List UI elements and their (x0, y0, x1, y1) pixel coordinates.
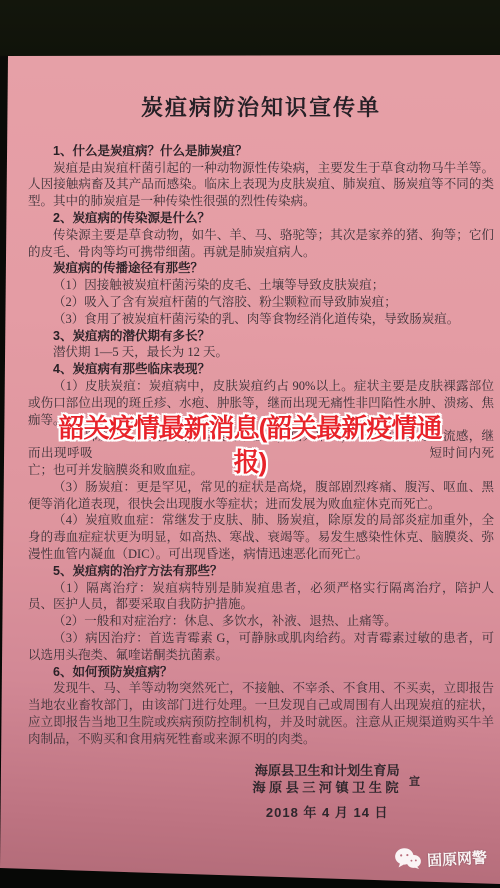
paragraph: （3）食用了被炭疽杆菌污染的乳、肉等食物经消化道传染，导致肠炭疽。 (28, 311, 494, 328)
signature-block: 海原县卫生和计划生育局 海原县三河镇卫生院 宣 2018 年 4 月 14 日 (252, 763, 402, 822)
paragraph-fragment: 短时间内死亡；也可并发脑膜炎和败血症。 (28, 446, 494, 477)
paragraph: （2）吸入了含有炭疽杆菌的气溶胶、粉尘颗粒而导致肺炭疽； (28, 294, 494, 311)
paragraph: 潜伏期 1—5 天，最长为 12 天。 (28, 344, 494, 361)
paragraph: 传染源主要是草食动物，如牛、羊、马、骆驼等；其次是家养的猪、狗等；它们的皮毛、骨… (28, 227, 494, 261)
flyer-content: 炭疽病防治知识宣传单 1、什么是炭疽病？什么是肺炭疽？ 炭疽是由炭疽杆菌引起的一… (28, 100, 494, 822)
paragraph: （2）一般和对症治疗：休息、多饮水，补液、退热、止痛等。 (28, 613, 494, 630)
paragraph-fragment: （2）肺炭疽：比较少见，但其传染性强，病死率高，早期的症状像是流感，继而出现呼吸 (28, 429, 494, 460)
section-1-heading: 1、什么是炭疽病？什么是肺炭疽？ (28, 143, 494, 160)
paragraph: 发现牛、马、羊等动物突然死亡，不接触、不宰杀、不食用、不买卖，立即报告当地农业畜… (28, 680, 494, 747)
paragraph: （4）炭疽败血症：常继发于皮肤、肺、肠炭疽，除原发的局部炎症加重外，全身的毒血症… (28, 512, 494, 562)
section-2-heading: 2、炭疽病的传染源是什么？ (28, 210, 494, 227)
paragraph: 炭疽是由炭疽杆菌引起的一种动物源性传染病，主要发生于草食动物马牛羊等。人因接触病… (28, 160, 494, 210)
paragraph-partially-covered: （2）肺炭疽：比较少见，但其传染性强，病死率高，早期的症状像是流感，继而出现呼吸… (28, 428, 494, 478)
publish-date: 2018 年 4 月 14 日 (252, 805, 402, 822)
paragraph: （1）因接触被炭疽杆菌污染的皮毛、土壤等导致皮肤炭疽； (28, 277, 494, 294)
paragraph: （3）病因治疗：首选青霉素 G，可静脉或肌肉给药。对青霉素过敏的患者，可以选用头… (28, 630, 494, 664)
wechat-icon (394, 847, 421, 874)
paragraph: （1）皮肤炭疽：炭疽病中，皮肤炭疽约占 90%以上。症状主要是皮肤裸露部位或伤口… (28, 378, 494, 428)
flyer-paper: 炭疽病防治知识宣传单 1、什么是炭疽病？什么是肺炭疽？ 炭疽是由炭疽杆菌引起的一… (0, 0, 500, 888)
issuer-line-1: 海原县卫生和计划生育局 (252, 763, 402, 780)
issuer-line-2: 海原县三河镇卫生院 (252, 780, 402, 797)
section-5-heading: 5、炭疽病的治疗方法有那些？ (28, 563, 494, 580)
section-2-subheading: 炭疽病的传播途径有那些？ (28, 260, 494, 277)
paragraph: （1）隔离治疗：炭疽病特别是肺炭疽患者，必须严格实行隔离治疗，陪护人员、医护人员… (28, 580, 494, 614)
page-title: 炭疽病防治知识宣传单 (28, 100, 494, 117)
watermark: 固原网警 (394, 844, 487, 875)
paragraph: （3）肠炭疽：更是罕见，常见的症状是高烧，腹部剧烈疼痛、腹泻、呕血、黑便等消化道… (28, 479, 494, 513)
issuer-suffix: 宣 (409, 774, 420, 791)
section-3-heading: 3、炭疽病的潜伏期有多长？ (28, 328, 494, 345)
section-6-heading: 6、如何预防炭疽病？ (28, 664, 494, 681)
watermark-label: 固原网警 (426, 846, 487, 870)
section-4-heading: 4、炭疽病有那些临床表现？ (28, 361, 494, 378)
